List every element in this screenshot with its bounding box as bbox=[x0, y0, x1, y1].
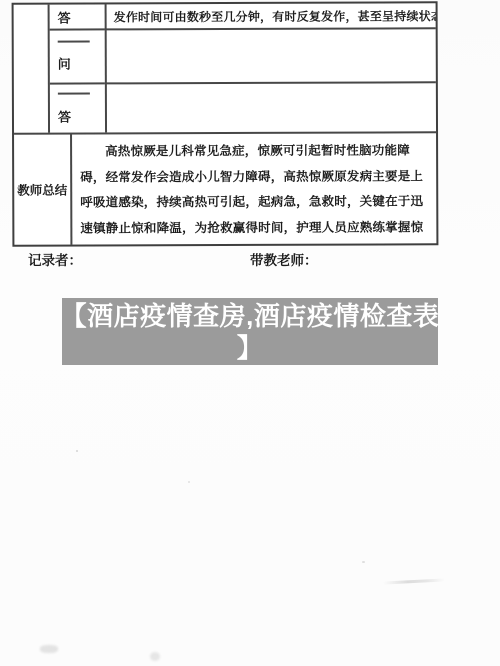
title-banner: 【酒店疫情查房,酒店疫情检查表 】 bbox=[62, 298, 438, 365]
blank-line bbox=[58, 92, 90, 94]
scan-noise-speck bbox=[188, 481, 190, 483]
question-label-cell: 问 bbox=[50, 30, 105, 84]
table-cell-empty-left-column bbox=[14, 5, 50, 133]
answer-text: 发作时间可由数秒至几分钟，有时反复发作，甚至呈持续状态 bbox=[114, 7, 436, 25]
teaching-teacher-label: 带教老师： bbox=[250, 249, 318, 269]
scan-noise-speck bbox=[76, 450, 78, 452]
scan-noise-speck bbox=[40, 645, 58, 653]
scan-noise-speck bbox=[362, 561, 365, 563]
answer-label: 答 bbox=[58, 106, 105, 125]
scanned-document-page: 答 发作时间可由数秒至几分钟，有时反复发作，甚至呈持续状态 问 答 教师总结 高… bbox=[0, 0, 500, 666]
qa-table: 答 发作时间可由数秒至几分钟，有时反复发作，甚至呈持续状态 问 答 教师总结 高… bbox=[12, 1, 439, 246]
teacher-summary-text: 高热惊厥是儿科常见急症，惊厥可引起暂时性脑功能障碍，经常发作会造成小儿智力障碍，… bbox=[70, 133, 436, 244]
banner-title-line2: 】 bbox=[237, 332, 264, 364]
blank-line bbox=[58, 40, 90, 42]
teacher-summary-row: 教师总结 高热惊厥是儿科常见急症，惊厥可引起暂时性脑功能障碍，经常发作会造成小儿… bbox=[14, 131, 436, 244]
scan-noise-speck bbox=[150, 652, 160, 661]
banner-title-line1: 【酒店疫情查房,酒店疫情检查表 bbox=[61, 300, 440, 332]
teacher-summary-label: 教师总结 bbox=[14, 135, 70, 245]
signature-row: 记录者： 带教老师： bbox=[28, 249, 448, 269]
recorder-label: 记录者： bbox=[28, 249, 250, 269]
answer-content-cell-empty bbox=[105, 83, 436, 132]
answer-label: 答 bbox=[58, 7, 71, 26]
answer-label-cell-1: 答 bbox=[50, 4, 105, 30]
scan-noise-streak bbox=[383, 578, 445, 584]
question-content-cell-empty bbox=[105, 29, 436, 84]
question-label: 问 bbox=[58, 53, 105, 72]
qa-table-upper-section: 答 发作时间可由数秒至几分钟，有时反复发作，甚至呈持续状态 问 答 bbox=[14, 3, 436, 132]
answer-label-cell-2: 答 bbox=[50, 84, 105, 132]
answer-content-cell-1: 发作时间可由数秒至几分钟，有时反复发作，甚至呈持续状态 bbox=[105, 3, 436, 30]
